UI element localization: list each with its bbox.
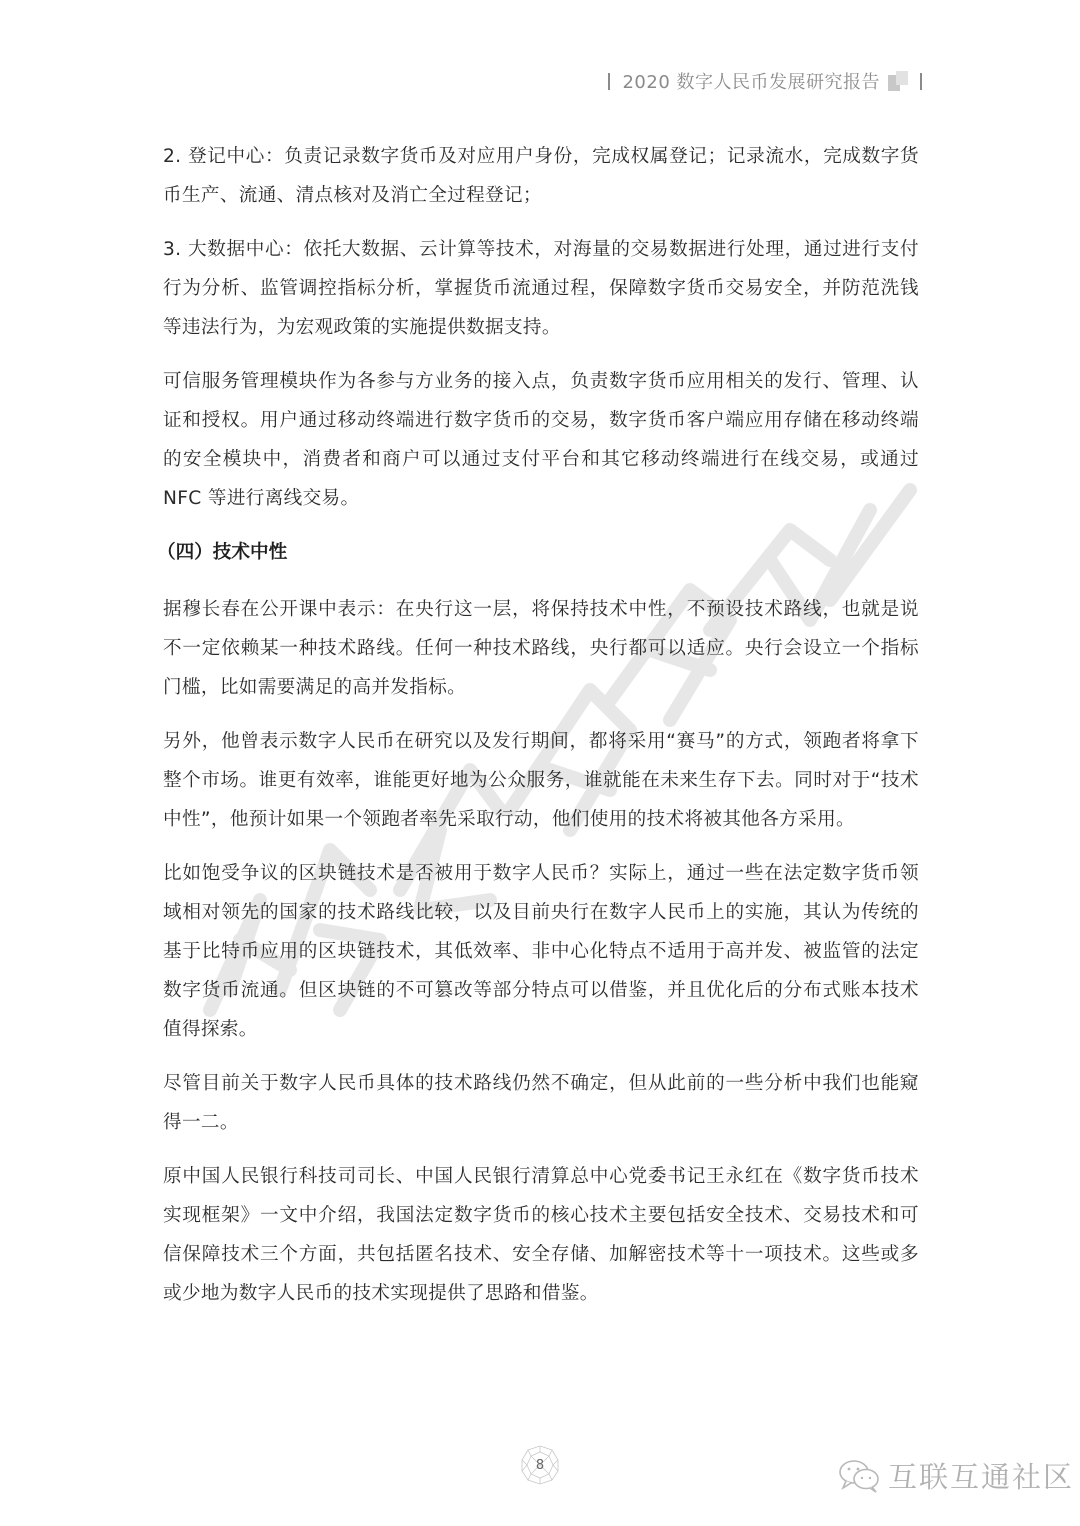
header-divider-left xyxy=(608,73,610,90)
section-heading-tech-neutrality: （四）技术中性 xyxy=(157,533,919,572)
paragraph-registry-center: 2. 登记中心：负责记录数字货币及对应用户身份，完成权属登记；记录流水，完成数字… xyxy=(163,137,919,215)
brand-label: 互联互通社区 xyxy=(888,1455,1074,1496)
paragraph-horse-race: 另外，他曾表示数字人民币在研究以及发行期间，都将采用“赛马”的方式，领跑者将拿下… xyxy=(163,722,919,839)
paragraph-tech-route-uncertain: 尽管目前关于数字人民币具体的技术路线仍然不确定，但从此前的一些分析中我们也能窥得… xyxy=(163,1064,919,1142)
wechat-icon xyxy=(838,1458,882,1494)
paragraph-mu-changchun: 据穆长春在公开课中表示：在央行这一层，将保持技术中性，不预设技术路线，也就是说不… xyxy=(163,590,919,707)
running-header: 2020 数字人民币发展研究报告 xyxy=(608,66,922,96)
page-number-value: 8 xyxy=(519,1444,561,1486)
paragraph-trusted-service-module: 可信服务管理模块作为各参与方业务的接入点，负责数字货币应用相关的发行、管理、认证… xyxy=(163,362,919,518)
document-page: 2020 数字人民币发展研究报告 2. 登记中心：负责记录数字货币及对应用户身份… xyxy=(0,0,1080,1526)
paragraph-wang-yonghong: 原中国人民银行科技司司长、中国人民银行清算总中心党委书记王永红在《数字货币技术实… xyxy=(163,1157,919,1313)
header-decoration-icon xyxy=(886,71,912,91)
header-title: 2020 数字人民币发展研究报告 xyxy=(622,68,880,94)
brand-footer: 互联互通社区 xyxy=(838,1455,1074,1496)
page-number: 8 xyxy=(519,1444,561,1486)
paragraph-big-data-center: 3. 大数据中心：依托大数据、云计算等技术，对海量的交易数据进行处理，通过进行支… xyxy=(163,230,919,347)
paragraph-blockchain: 比如饱受争议的区块链技术是否被用于数字人民币？实际上，通过一些在法定数字货币领域… xyxy=(163,854,919,1049)
header-divider-right xyxy=(920,73,922,90)
document-body: 2. 登记中心：负责记录数字货币及对应用户身份，完成权属登记；记录流水，完成数字… xyxy=(163,137,919,1328)
